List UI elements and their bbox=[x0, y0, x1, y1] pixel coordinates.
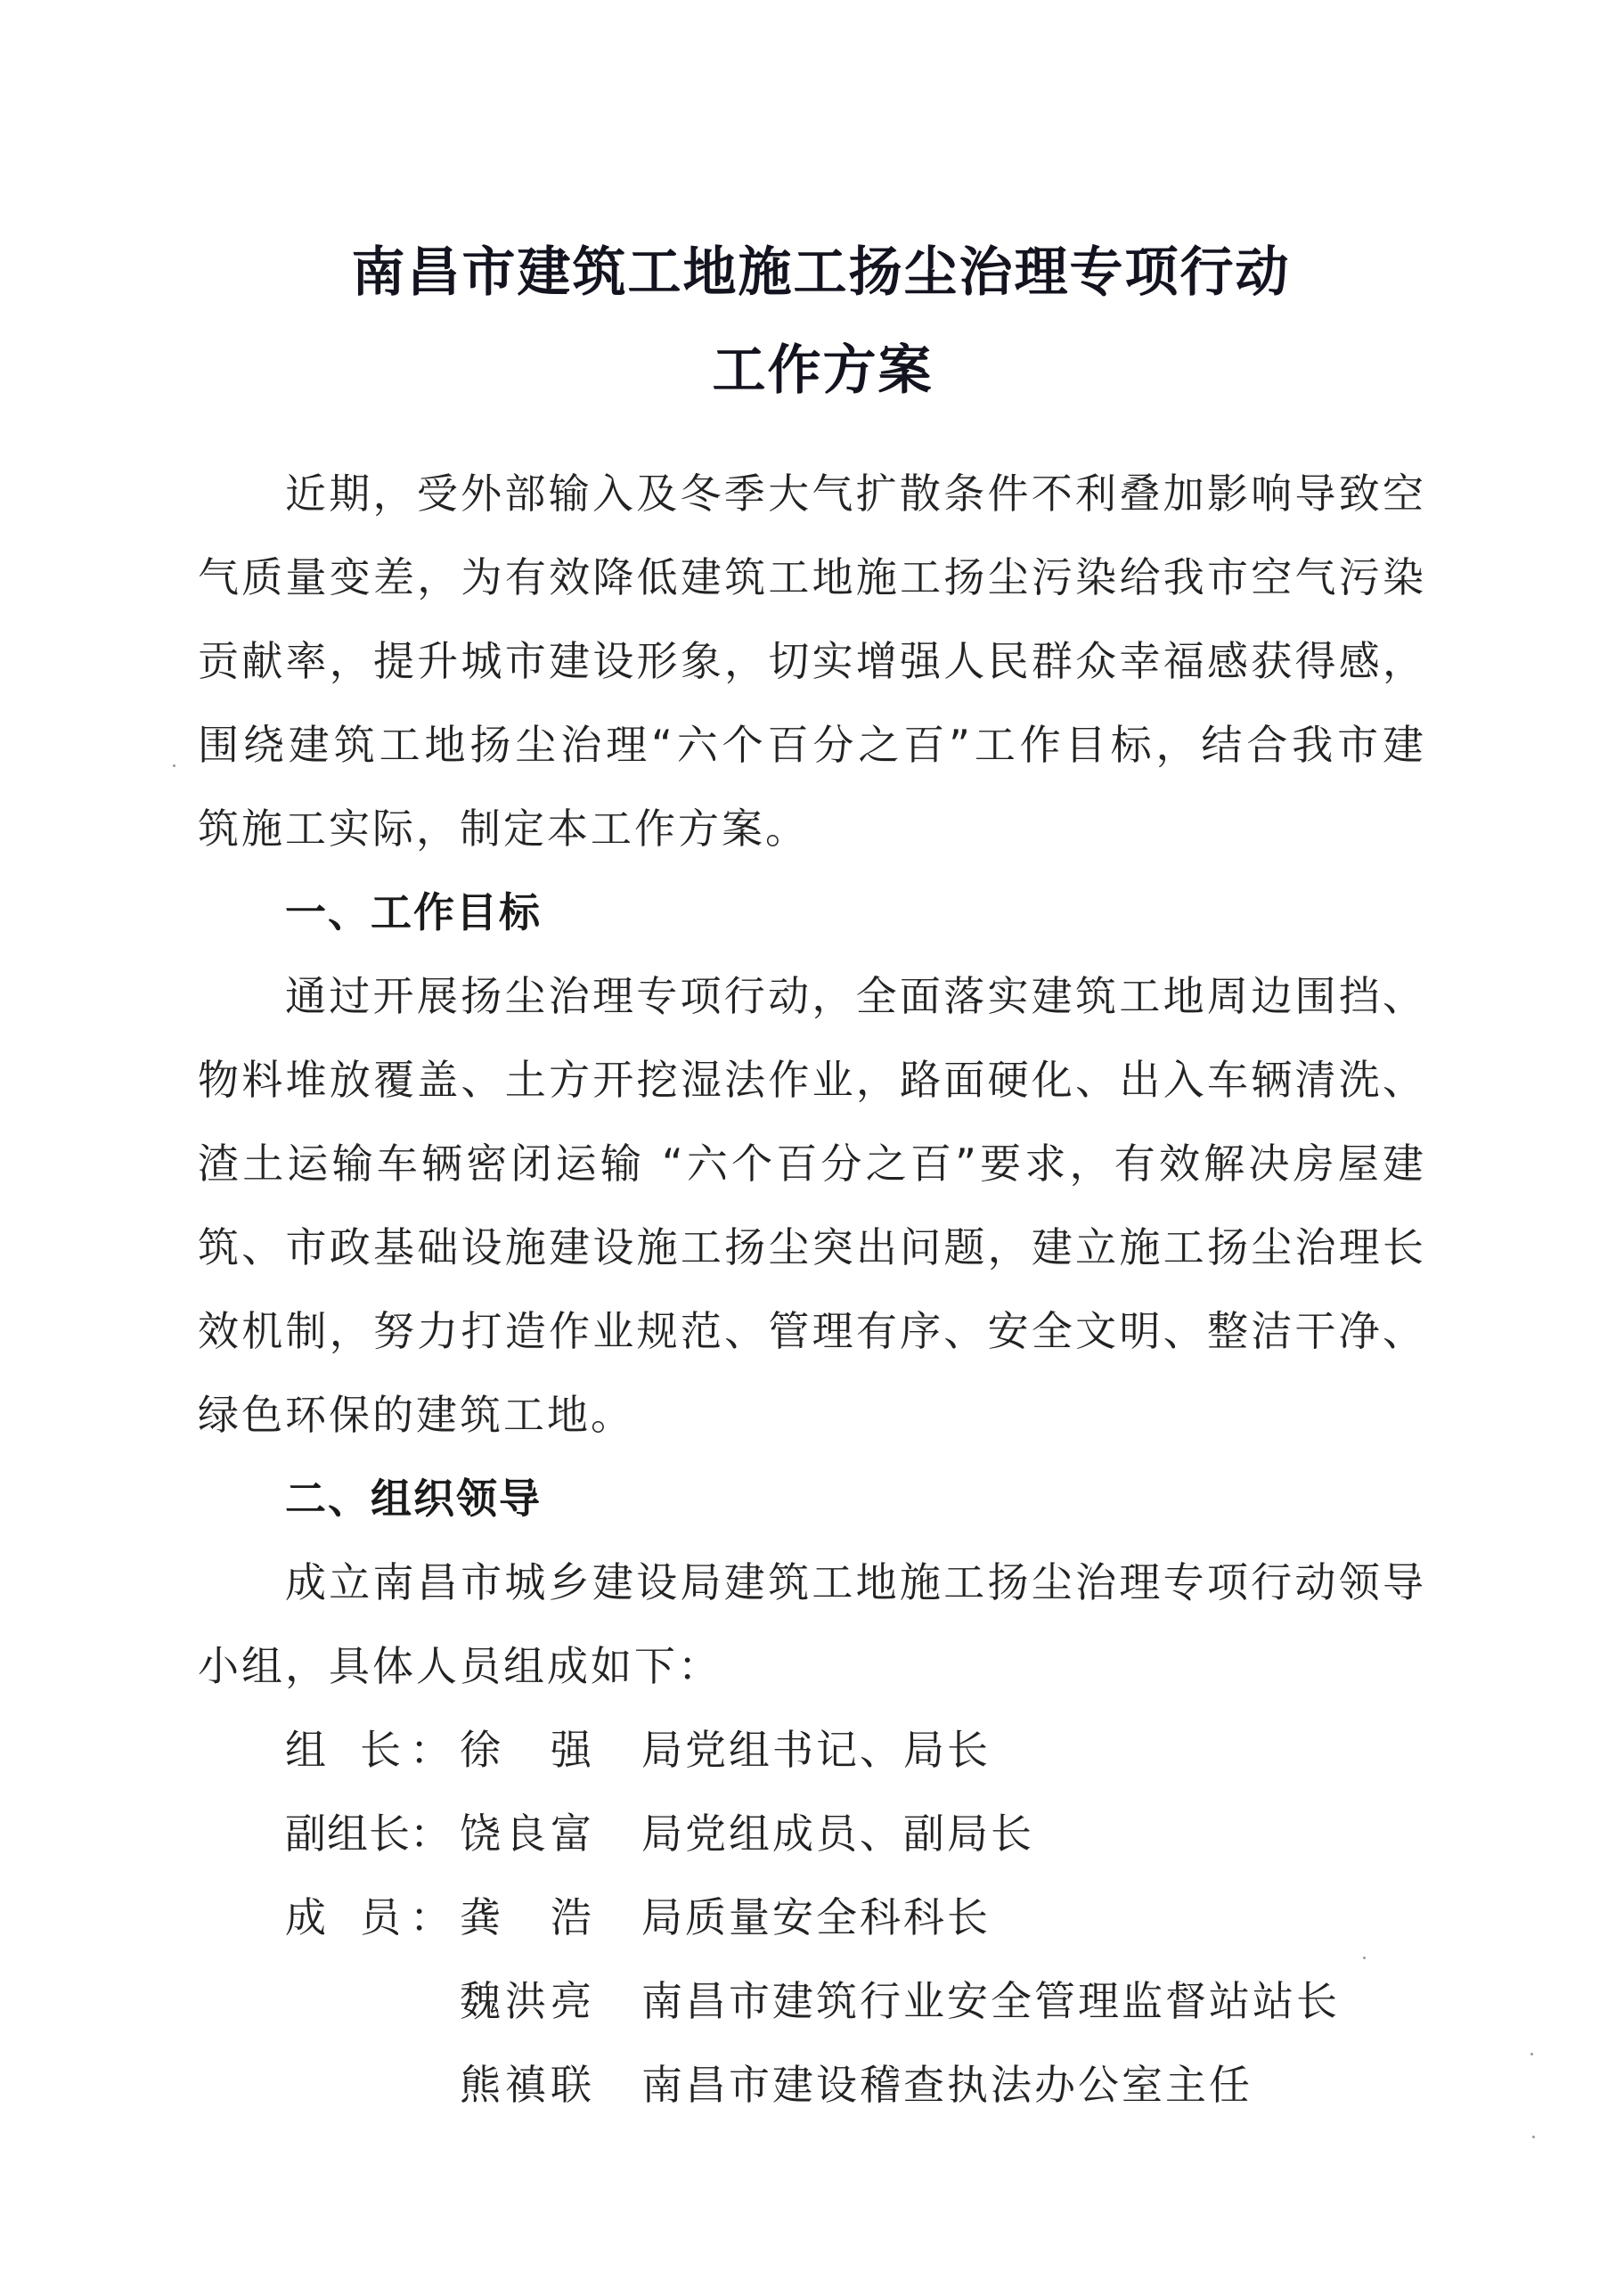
section1-line: 筑、市政基础设施建设施工扬尘突出问题，建立施工扬尘治理长 bbox=[198, 1221, 1424, 1274]
intro-line: 近期，受外部输入及冬季大气扩散条件不利叠加影响导致空 bbox=[285, 467, 1424, 520]
scan-speck bbox=[1532, 2136, 1535, 2138]
member-role: 组长 bbox=[285, 1723, 401, 1777]
member-name: 龚浩 bbox=[460, 1891, 592, 1944]
section1-line: 通过开展扬尘治理专项行动，全面落实建筑工地周边围挡、 bbox=[285, 969, 1424, 1023]
intro-line: 气质量变差，为有效降低建筑工地施工扬尘污染给我市空气污染 bbox=[198, 551, 1424, 604]
section1-line: 渣土运输车辆密闭运输 “六个百分之百”要求，有效解决房屋建 bbox=[198, 1137, 1424, 1190]
section-heading-goals: 一、工作目标 bbox=[285, 886, 542, 939]
member-colon: ： bbox=[410, 1807, 445, 1860]
scan-speck bbox=[1530, 2053, 1533, 2055]
scan-speck bbox=[1363, 1957, 1366, 1959]
member-title: 局党组成员、副局长 bbox=[641, 1807, 1034, 1860]
member-title: 南昌市建设稽查执法办公室主任 bbox=[641, 2058, 1253, 2112]
document-title-line-2: 工作方案 bbox=[11, 344, 1624, 397]
section-heading-organization: 二、组织领导 bbox=[285, 1472, 542, 1525]
intro-line: 围绕建筑工地扬尘治理“六个百分之百”工作目标，结合我市建 bbox=[198, 718, 1424, 772]
member-colon: ： bbox=[410, 1891, 445, 1944]
member-role: 成员 bbox=[285, 1891, 401, 1944]
member-name: 徐强 bbox=[460, 1723, 592, 1777]
member-title: 局党组书记、局长 bbox=[641, 1723, 991, 1777]
section1-line: 效机制，努力打造作业规范、管理有序、安全文明、整洁干净、 bbox=[198, 1304, 1424, 1358]
member-role: 副组长 bbox=[285, 1807, 410, 1860]
member-name: 熊禛联 bbox=[460, 2058, 592, 2112]
member-title: 局质量安全科科长 bbox=[641, 1891, 991, 1944]
section2-line: 小组，具体人员组成如下： bbox=[198, 1639, 1424, 1693]
scan-speck bbox=[173, 764, 175, 767]
member-title: 南昌市建筑行业安全管理监督站站长 bbox=[641, 1974, 1340, 2028]
section1-line: 绿色环保的建筑工地。 bbox=[198, 1388, 1424, 1442]
member-name: 魏洪亮 bbox=[460, 1974, 592, 2028]
member-colon: ： bbox=[410, 1723, 445, 1777]
intro-line: 筑施工实际，制定本工作方案。 bbox=[198, 802, 1424, 855]
section2-line: 成立南昌市城乡建设局建筑工地施工扬尘治理专项行动领导 bbox=[285, 1556, 1424, 1609]
section1-line: 物料堆放覆盖、土方开挖湿法作业，路面硬化、出入车辆清洗、 bbox=[198, 1053, 1424, 1107]
document-page: 南昌市建筑工地施工扬尘治理专项行动 工作方案 近期，受外部输入及冬季大气扩散条件… bbox=[0, 0, 1624, 2296]
intro-line: 贡献率，提升城市建设形象，切实增强人民群众幸福感获得感， bbox=[198, 634, 1424, 688]
document-title-line-1: 南昌市建筑工地施工扬尘治理专项行动 bbox=[9, 246, 1624, 299]
member-name: 饶良富 bbox=[460, 1807, 592, 1860]
